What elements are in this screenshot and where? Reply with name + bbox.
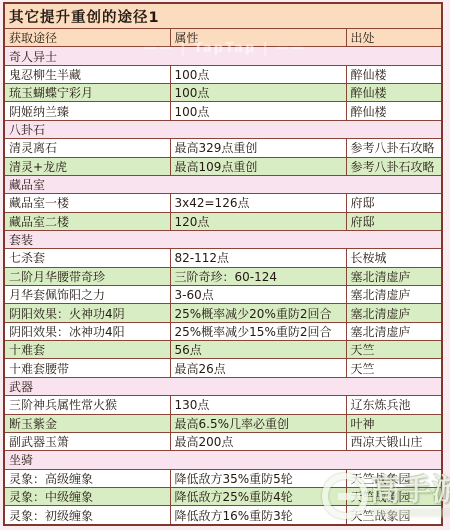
cell-attr: 82-112点 xyxy=(170,249,346,267)
table-row: 鬼忍柳生半藏100点醉仙楼 xyxy=(4,65,442,83)
cell-source: 天竺 xyxy=(346,359,442,377)
cell-attr: 100点 xyxy=(170,84,346,102)
cell-path: 鬼忍柳生半藏 xyxy=(4,65,170,83)
table-row: 清灵+龙虎最高109点重创参考八卦石攻略 xyxy=(4,157,442,175)
cell-source: 塞北清虚庐 xyxy=(346,286,442,304)
header-row: 获取途径 属性 出处 xyxy=(4,29,442,47)
cell-attr: 最高109点重创 xyxy=(170,157,346,175)
cell-path: 藏品室二楼 xyxy=(4,212,170,230)
cell-source: 府邸 xyxy=(346,194,442,212)
cell-source: 天竺战象园 xyxy=(346,506,442,525)
cell-attr: 3x42=126点 xyxy=(170,194,346,212)
cell-path: 清灵离石 xyxy=(4,139,170,157)
section-row: 武器 xyxy=(4,377,442,395)
cell-path: 阴阳效果：火神功4阴 xyxy=(4,304,170,322)
table-row: 断玉紫金最高6.5%几率必重创叶神 xyxy=(4,414,442,432)
cell-attr: 三阶奇珍：60-124 xyxy=(170,267,346,285)
cell-path: 七杀套 xyxy=(4,249,170,267)
cell-attr: 100点 xyxy=(170,65,346,83)
table-row: 藏品室一楼3x42=126点府邸 xyxy=(4,194,442,212)
table-row: 阴阳效果：冰神功4阳25%概率减少15%重防2回合塞北清虚庐 xyxy=(4,322,442,340)
cell-attr: 120点 xyxy=(170,212,346,230)
cell-attr: 25%概率减少15%重防2回合 xyxy=(170,322,346,340)
cell-path: 阴姬纳兰臻 xyxy=(4,102,170,120)
section-row: 藏品室 xyxy=(4,175,442,193)
cell-source: 醉仙楼 xyxy=(346,84,442,102)
section-title: 坐骑 xyxy=(4,451,442,469)
guide-table-body: 其它提升重创的途径1 获取途径 属性 出处 奇人异士鬼忍柳生半藏100点醉仙楼琉… xyxy=(4,3,442,525)
column-header-source: 出处 xyxy=(346,29,442,47)
table-row: 月华套佩饰阳之力3-60点塞北清虚庐 xyxy=(4,286,442,304)
title-row: 其它提升重创的途径1 xyxy=(4,3,442,29)
section-row: 坐骑 xyxy=(4,451,442,469)
cell-attr: 3-60点 xyxy=(170,286,346,304)
guide-table: 其它提升重创的途径1 获取途径 属性 出处 奇人异士鬼忍柳生半藏100点醉仙楼琉… xyxy=(3,2,443,526)
cell-attr: 最高200点 xyxy=(170,432,346,450)
section-row: 八卦石 xyxy=(4,120,442,138)
cell-source: 塞北清虚庐 xyxy=(346,304,442,322)
cell-source: 辽东炼兵池 xyxy=(346,396,442,414)
table-row: 藏品室二楼120点府邸 xyxy=(4,212,442,230)
table-row: 阴姬纳兰臻100点醉仙楼 xyxy=(4,102,442,120)
cell-attr: 最高6.5%几率必重创 xyxy=(170,414,346,432)
table-row: 十难套56点天竺 xyxy=(4,341,442,359)
cell-source: 醉仙楼 xyxy=(346,102,442,120)
table-row: 七杀套82-112点长桉城 xyxy=(4,249,442,267)
cell-path: 琉玉蝴蝶宁彩月 xyxy=(4,84,170,102)
cell-attr: 最高329点重创 xyxy=(170,139,346,157)
cell-attr: 降低敌方35%重防5轮 xyxy=(170,469,346,487)
cell-attr: 56点 xyxy=(170,341,346,359)
cell-attr: 25%概率减少20%重防2回合 xyxy=(170,304,346,322)
table-row: 灵象：高级缠象降低敌方35%重防5轮天竺战象园 xyxy=(4,469,442,487)
cell-path: 二阶月华腰带奇珍 xyxy=(4,267,170,285)
cell-attr: 降低敌方25%重防4轮 xyxy=(170,487,346,505)
cell-source: 参考八卦石攻略 xyxy=(346,139,442,157)
cell-path: 断玉紫金 xyxy=(4,414,170,432)
cell-path: 十难套 xyxy=(4,341,170,359)
column-header-attr: 属性 xyxy=(170,29,346,47)
cell-source: 天竺 xyxy=(346,341,442,359)
cell-path: 灵象：中级缠象 xyxy=(4,487,170,505)
cell-source: 塞北清虚庐 xyxy=(346,322,442,340)
cell-source: 塞北清虚庐 xyxy=(346,267,442,285)
section-title: 武器 xyxy=(4,377,442,395)
section-title: 八卦石 xyxy=(4,120,442,138)
table-row: 灵象：中级缠象降低敌方25%重防4轮天竺战象园 xyxy=(4,487,442,505)
table-row: 十难套腰带最高26点天竺 xyxy=(4,359,442,377)
cell-source: 西凉天锻山庄 xyxy=(346,432,442,450)
table-row: 三阶神兵属性常火猴130点辽东炼兵池 xyxy=(4,396,442,414)
cell-source: 长桉城 xyxy=(346,249,442,267)
cell-source: 天竺战象园 xyxy=(346,487,442,505)
cell-path: 三阶神兵属性常火猴 xyxy=(4,396,170,414)
table-row: 琉玉蝴蝶宁彩月100点醉仙楼 xyxy=(4,84,442,102)
table-row: 二阶月华腰带奇珍三阶奇珍：60-124塞北清虚庐 xyxy=(4,267,442,285)
cell-path: 月华套佩饰阳之力 xyxy=(4,286,170,304)
table-row: 清灵离石最高329点重创参考八卦石攻略 xyxy=(4,139,442,157)
cell-path: 灵象：高级缠象 xyxy=(4,469,170,487)
cell-source: 参考八卦石攻略 xyxy=(346,157,442,175)
cell-path: 灵象：初级缠象 xyxy=(4,506,170,525)
section-row: 奇人异士 xyxy=(4,47,442,65)
cell-attr: 降低敌方16%重防3轮 xyxy=(170,506,346,525)
cell-source: 天竺战象园 xyxy=(346,469,442,487)
cell-attr: 100点 xyxy=(170,102,346,120)
table-row: 副武器玉箫最高200点西凉天锻山庄 xyxy=(4,432,442,450)
cell-path: 藏品室一楼 xyxy=(4,194,170,212)
cell-attr: 130点 xyxy=(170,396,346,414)
cell-path: 十难套腰带 xyxy=(4,359,170,377)
table-row: 灵象：初级缠象降低敌方16%重防3轮天竺战象园 xyxy=(4,506,442,525)
section-title: 套装 xyxy=(4,230,442,248)
cell-source: 府邸 xyxy=(346,212,442,230)
page-title: 其它提升重创的途径1 xyxy=(4,3,442,29)
section-title: 奇人异士 xyxy=(4,47,442,65)
section-row: 套装 xyxy=(4,230,442,248)
section-title: 藏品室 xyxy=(4,175,442,193)
cell-path: 阴阳效果：冰神功4阳 xyxy=(4,322,170,340)
cell-source: 醉仙楼 xyxy=(346,65,442,83)
column-header-path: 获取途径 xyxy=(4,29,170,47)
cell-path: 清灵+龙虎 xyxy=(4,157,170,175)
cell-attr: 最高26点 xyxy=(170,359,346,377)
table-row: 阴阳效果：火神功4阴25%概率减少20%重防2回合塞北清虚庐 xyxy=(4,304,442,322)
cell-path: 副武器玉箫 xyxy=(4,432,170,450)
cell-source: 叶神 xyxy=(346,414,442,432)
